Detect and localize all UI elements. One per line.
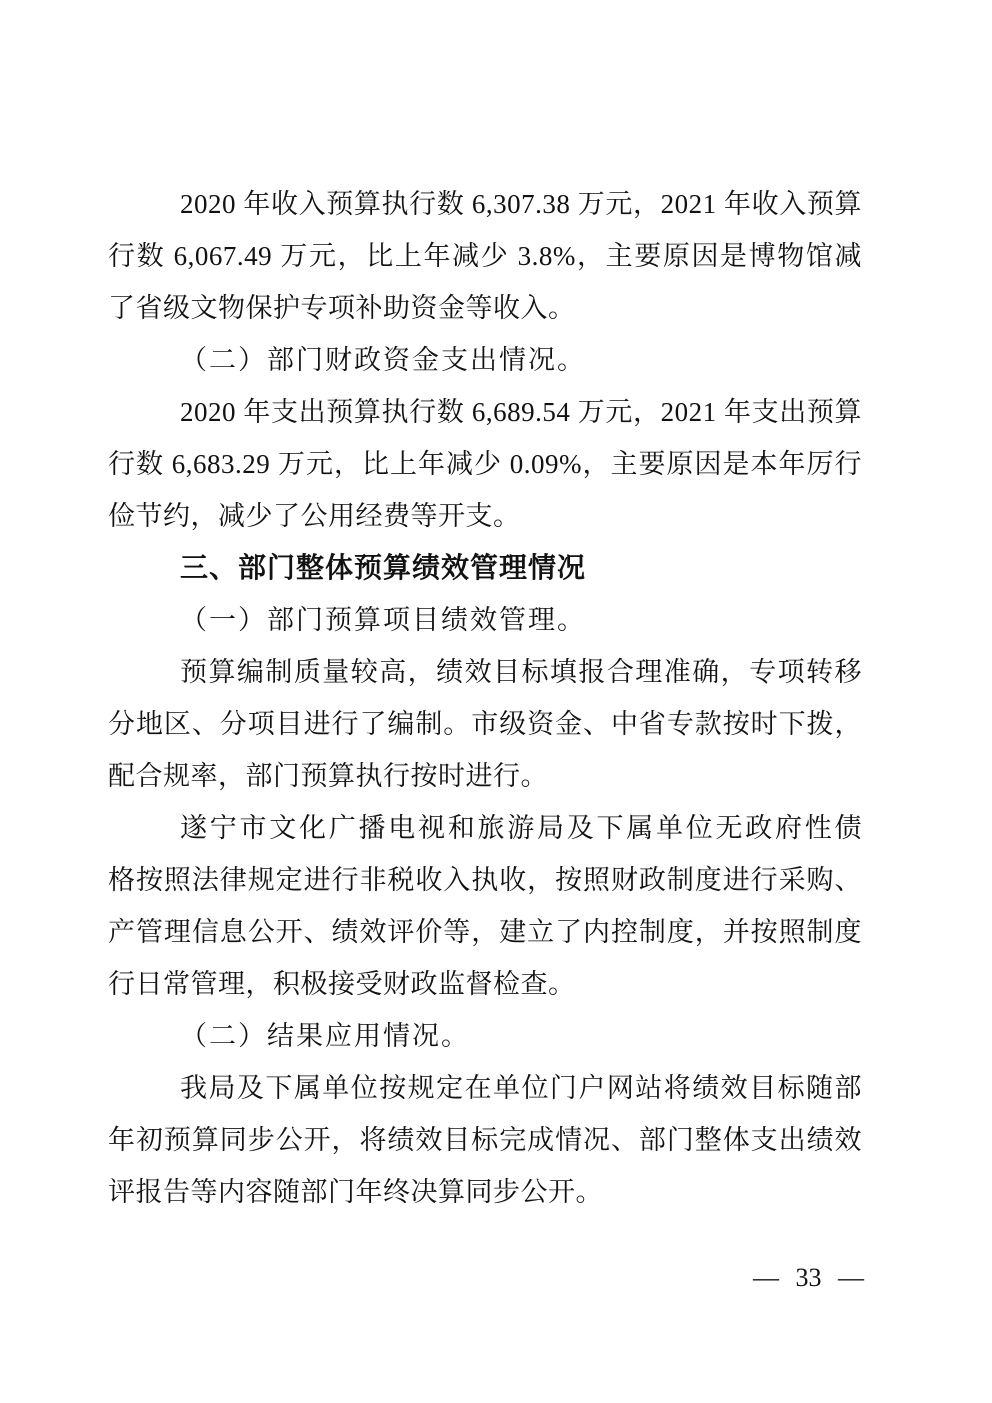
document-page: 2020 年收入预算执行数 6,307.38 万元，2021 年收入预算执 行数… xyxy=(0,0,992,1403)
text-line: 评报告等内容随部门年终决算同步公开。 xyxy=(108,1166,862,1218)
text-line: 行数 6,683.29 万元，比上年减少 0.09%，主要原因是本年厉行勤 xyxy=(108,438,862,490)
text-line: 分地区、分项目进行了编制。市级资金、中省专款按时下拨，分 xyxy=(108,698,862,750)
subheading-text: （一）部门预算项目绩效管理。 xyxy=(108,594,862,646)
paragraph-disclosure-of-performance-targets: 我局及下属单位按规定在单位门户网站将绩效目标随部门 年初预算同步公开，将绩效目标… xyxy=(108,1062,862,1218)
paragraph-expenditure-budget-execution: 2020 年支出预算执行数 6,689.54 万元，2021 年支出预算执 行数… xyxy=(108,386,862,542)
text-line: 年初预算同步公开，将绩效目标完成情况、部门整体支出绩效自 xyxy=(108,1114,862,1166)
text-line: 行日常管理，积极接受财政监督检查。 xyxy=(108,958,862,1010)
text-line: 2020 年收入预算执行数 6,307.38 万元，2021 年收入预算执 xyxy=(108,178,862,230)
text-line: 了省级文物保护专项补助资金等收入。 xyxy=(108,282,862,334)
paragraph-income-budget-execution: 2020 年收入预算执行数 6,307.38 万元，2021 年收入预算执 行数… xyxy=(108,178,862,334)
text-line: 预算编制质量较高，绩效目标填报合理准确，专项转移支付 xyxy=(108,646,862,698)
paragraph-debt-and-compliance: 遂宁市文化广播电视和旅游局及下属单位无政府性债务，严 格按照法律规定进行非税收入… xyxy=(108,802,862,1010)
section-heading-text: 三、部门整体预算绩效管理情况 xyxy=(108,542,862,594)
subheading-expenditure-situation: （二）部门财政资金支出情况。 xyxy=(108,334,862,386)
text-line: 我局及下属单位按规定在单位门户网站将绩效目标随部门 xyxy=(108,1062,862,1114)
subheading-result-application: （二）结果应用情况。 xyxy=(108,1010,862,1062)
heading-performance-management: 三、部门整体预算绩效管理情况 xyxy=(108,542,862,594)
subheading-project-performance: （一）部门预算项目绩效管理。 xyxy=(108,594,862,646)
text-line: 配合规率，部门预算执行按时进行。 xyxy=(108,750,862,802)
page-number: — 33 — xyxy=(753,1260,864,1296)
text-line: 遂宁市文化广播电视和旅游局及下属单位无政府性债务，严 xyxy=(108,802,862,854)
text-line: 行数 6,067.49 万元，比上年减少 3.8%，主要原因是博物馆减少 xyxy=(108,230,862,282)
text-line: 产管理信息公开、绩效评价等，建立了内控制度，并按照制度进 xyxy=(108,906,862,958)
paragraph-budget-preparation-quality: 预算编制质量较高，绩效目标填报合理准确，专项转移支付 分地区、分项目进行了编制。… xyxy=(108,646,862,802)
subheading-text: （二）结果应用情况。 xyxy=(108,1010,862,1062)
text-line: 2020 年支出预算执行数 6,689.54 万元，2021 年支出预算执 xyxy=(108,386,862,438)
subheading-text: （二）部门财政资金支出情况。 xyxy=(108,334,862,386)
document-body: 2020 年收入预算执行数 6,307.38 万元，2021 年收入预算执 行数… xyxy=(108,178,862,1218)
text-line: 格按照法律规定进行非税收入执收，按照财政制度进行采购、资 xyxy=(108,854,862,906)
text-line: 俭节约，减少了公用经费等开支。 xyxy=(108,490,862,542)
